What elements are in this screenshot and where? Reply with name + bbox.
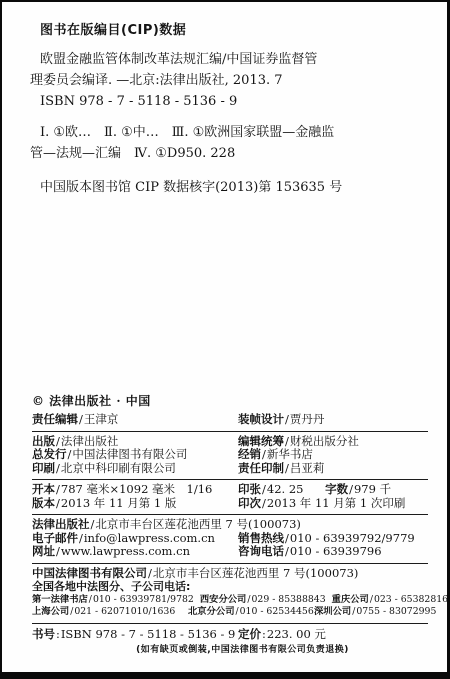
cip-block: 图书在版编目(CIP)数据 欧盟金融监管体制改革法规汇编/中国证券监督管 理委员… xyxy=(30,20,425,198)
field-format: 开本/787 毫米×1092 毫米 1/16 xyxy=(32,483,238,497)
cip-title-line-2: 理委员会编译. —北京:法律出版社, 2013. 7 xyxy=(30,70,425,91)
field-branch-xian: 西安分公司/029 - 85388843 xyxy=(200,594,326,607)
field-branch-beijing: 北京分公司/010 - 62534456 xyxy=(188,606,308,619)
field-sales-hotline: 销售热线/010 - 63939792/9779 xyxy=(238,532,428,546)
field-inquiry-phone: 咨询电话/010 - 63939796 xyxy=(238,545,428,559)
scanned-copyright-page: 图书在版编目(CIP)数据 欧盟金融监管体制改革法规汇编/中国证券监督管 理委员… xyxy=(0,0,450,679)
field-book-number: 书号:ISBN 978 - 7 - 5118 - 5136 - 9 xyxy=(32,628,238,642)
colophon-section-format: 开本/787 毫米×1092 毫米 1/16 印张/42. 25 字数/979 … xyxy=(32,480,428,515)
field-edition: 版本/2013 年 11 月第 1 版 xyxy=(32,497,238,511)
cip-title-line-1: 欧盟金融监管体制改革法规汇编/中国证券监督管 xyxy=(30,49,425,70)
field-words: 字数/979 千 xyxy=(325,482,391,496)
field-impression: 印次/2013 年 11 月第 1 次印刷 xyxy=(238,497,428,511)
cip-class-line-1: Ⅰ. ①欧… Ⅱ. ①中… Ⅲ. ①欧洲国家联盟—金融监 xyxy=(30,122,425,143)
row-publisher: 出版/法律出版社 编辑统筹/财税出版分社 xyxy=(32,435,428,449)
row-website: 网址/www.lawpress.com.cn 咨询电话/010 - 639397… xyxy=(32,545,428,559)
row-format: 开本/787 毫米×1092 毫米 1/16 印张/42. 25 字数/979 … xyxy=(32,483,428,497)
replacement-note: (如有缺页或倒装,中国法律图书有限公司负责退换) xyxy=(32,644,428,658)
field-seller: 经销/新华书店 xyxy=(238,448,428,462)
field-company-address: 中国法律图书有限公司/北京市丰台区莲花池西里 7 号(100073) xyxy=(32,566,358,580)
branches-header: 全国各地中法图分、子公司电话: xyxy=(32,580,428,594)
field-press-address: 法律出版社/北京市丰台区莲花池西里 7 号(100073) xyxy=(32,517,301,531)
field-sheets: 印张/42. 25 xyxy=(238,482,303,496)
field-publisher: 出版/法律出版社 xyxy=(32,435,238,449)
row-press-address: 法律出版社/北京市丰台区莲花池西里 7 号(100073) xyxy=(32,518,428,532)
field-print-supervisor: 责任印制/吕亚莉 xyxy=(238,462,428,476)
row-company-address: 中国法律图书有限公司/北京市丰台区莲花池西里 7 号(100073) xyxy=(32,567,428,581)
colophon-section-book-number: 书号:ISBN 978 - 7 - 5118 - 5136 - 9 定价:223… xyxy=(32,624,428,662)
row-book-number: 书号:ISBN 978 - 7 - 5118 - 5136 - 9 定价:223… xyxy=(32,628,428,642)
branch-phone-row-1: 第一法律书店/010 - 63939781/9782 西安分公司/029 - 8… xyxy=(32,594,428,607)
row-distributor: 总发行/中国法律图书有限公司 经销/新华书店 xyxy=(32,448,428,462)
cip-header: 图书在版编目(CIP)数据 xyxy=(30,20,425,41)
colophon-section-branches: 中国法律图书有限公司/北京市丰台区莲花池西里 7 号(100073) 全国各地中… xyxy=(32,564,428,624)
row-edition: 版本/2013 年 11 月第 1 版 印次/2013 年 11 月第 1 次印… xyxy=(32,497,428,511)
field-distributor: 总发行/中国法律图书有限公司 xyxy=(32,448,238,462)
field-branch-first-law-bookstore: 第一法律书店/010 - 63939781/9782 xyxy=(32,594,194,607)
colophon-section-publishing: 出版/法律出版社 编辑统筹/财税出版分社 总发行/中国法律图书有限公司 经销/新… xyxy=(32,432,428,481)
field-coordinator: 编辑统筹/财税出版分社 xyxy=(238,435,428,449)
field-price: 定价:223. 00 元 xyxy=(238,628,428,642)
field-printer: 印刷/北京中科印刷有限公司 xyxy=(32,462,238,476)
field-website: 网址/www.lawpress.com.cn xyxy=(32,545,238,559)
colophon-section-press-contact: 法律出版社/北京市丰台区莲花池西里 7 号(100073) 电子邮件/info@… xyxy=(32,515,428,564)
field-branch-shanghai: 上海公司/021 - 62071010/1636 xyxy=(32,606,182,619)
cip-class-line-2: 管—法规—汇编 Ⅳ. ①D950. 228 xyxy=(30,143,425,164)
row-email: 电子邮件/info@lawpress.com.cn 销售热线/010 - 639… xyxy=(32,532,428,546)
field-branch-shenzhen: 深圳公司/0755 - 83072995 xyxy=(314,606,436,619)
field-branch-chongqing: 重庆公司/023 - 65382816/2908 xyxy=(332,594,450,607)
field-editor: 责任编辑/王津京 xyxy=(32,413,238,427)
colophon-table: 责任编辑/王津京 装帧设计/贾丹丹 出版/法律出版社 编辑统筹/财税出版分社 总… xyxy=(32,410,428,662)
row-printer: 印刷/北京中科印刷有限公司 责任印制/吕亚莉 xyxy=(32,462,428,476)
cip-record-line: 中国版本图书馆 CIP 数据核字(2013)第 153635 号 xyxy=(30,177,425,198)
colophon-section-editors: 责任编辑/王津京 装帧设计/贾丹丹 xyxy=(32,410,428,432)
field-designer: 装帧设计/贾丹丹 xyxy=(238,413,428,427)
cell-sheets-words: 印张/42. 25 字数/979 千 xyxy=(238,483,428,497)
cip-isbn-line: ISBN 978 - 7 - 5118 - 5136 - 9 xyxy=(30,91,425,112)
branch-phone-row-2: 上海公司/021 - 62071010/1636 北京分公司/010 - 625… xyxy=(32,606,428,619)
field-email: 电子邮件/info@lawpress.com.cn xyxy=(32,532,238,546)
copyright-line: © 法律出版社 · 中国 xyxy=(32,392,151,409)
